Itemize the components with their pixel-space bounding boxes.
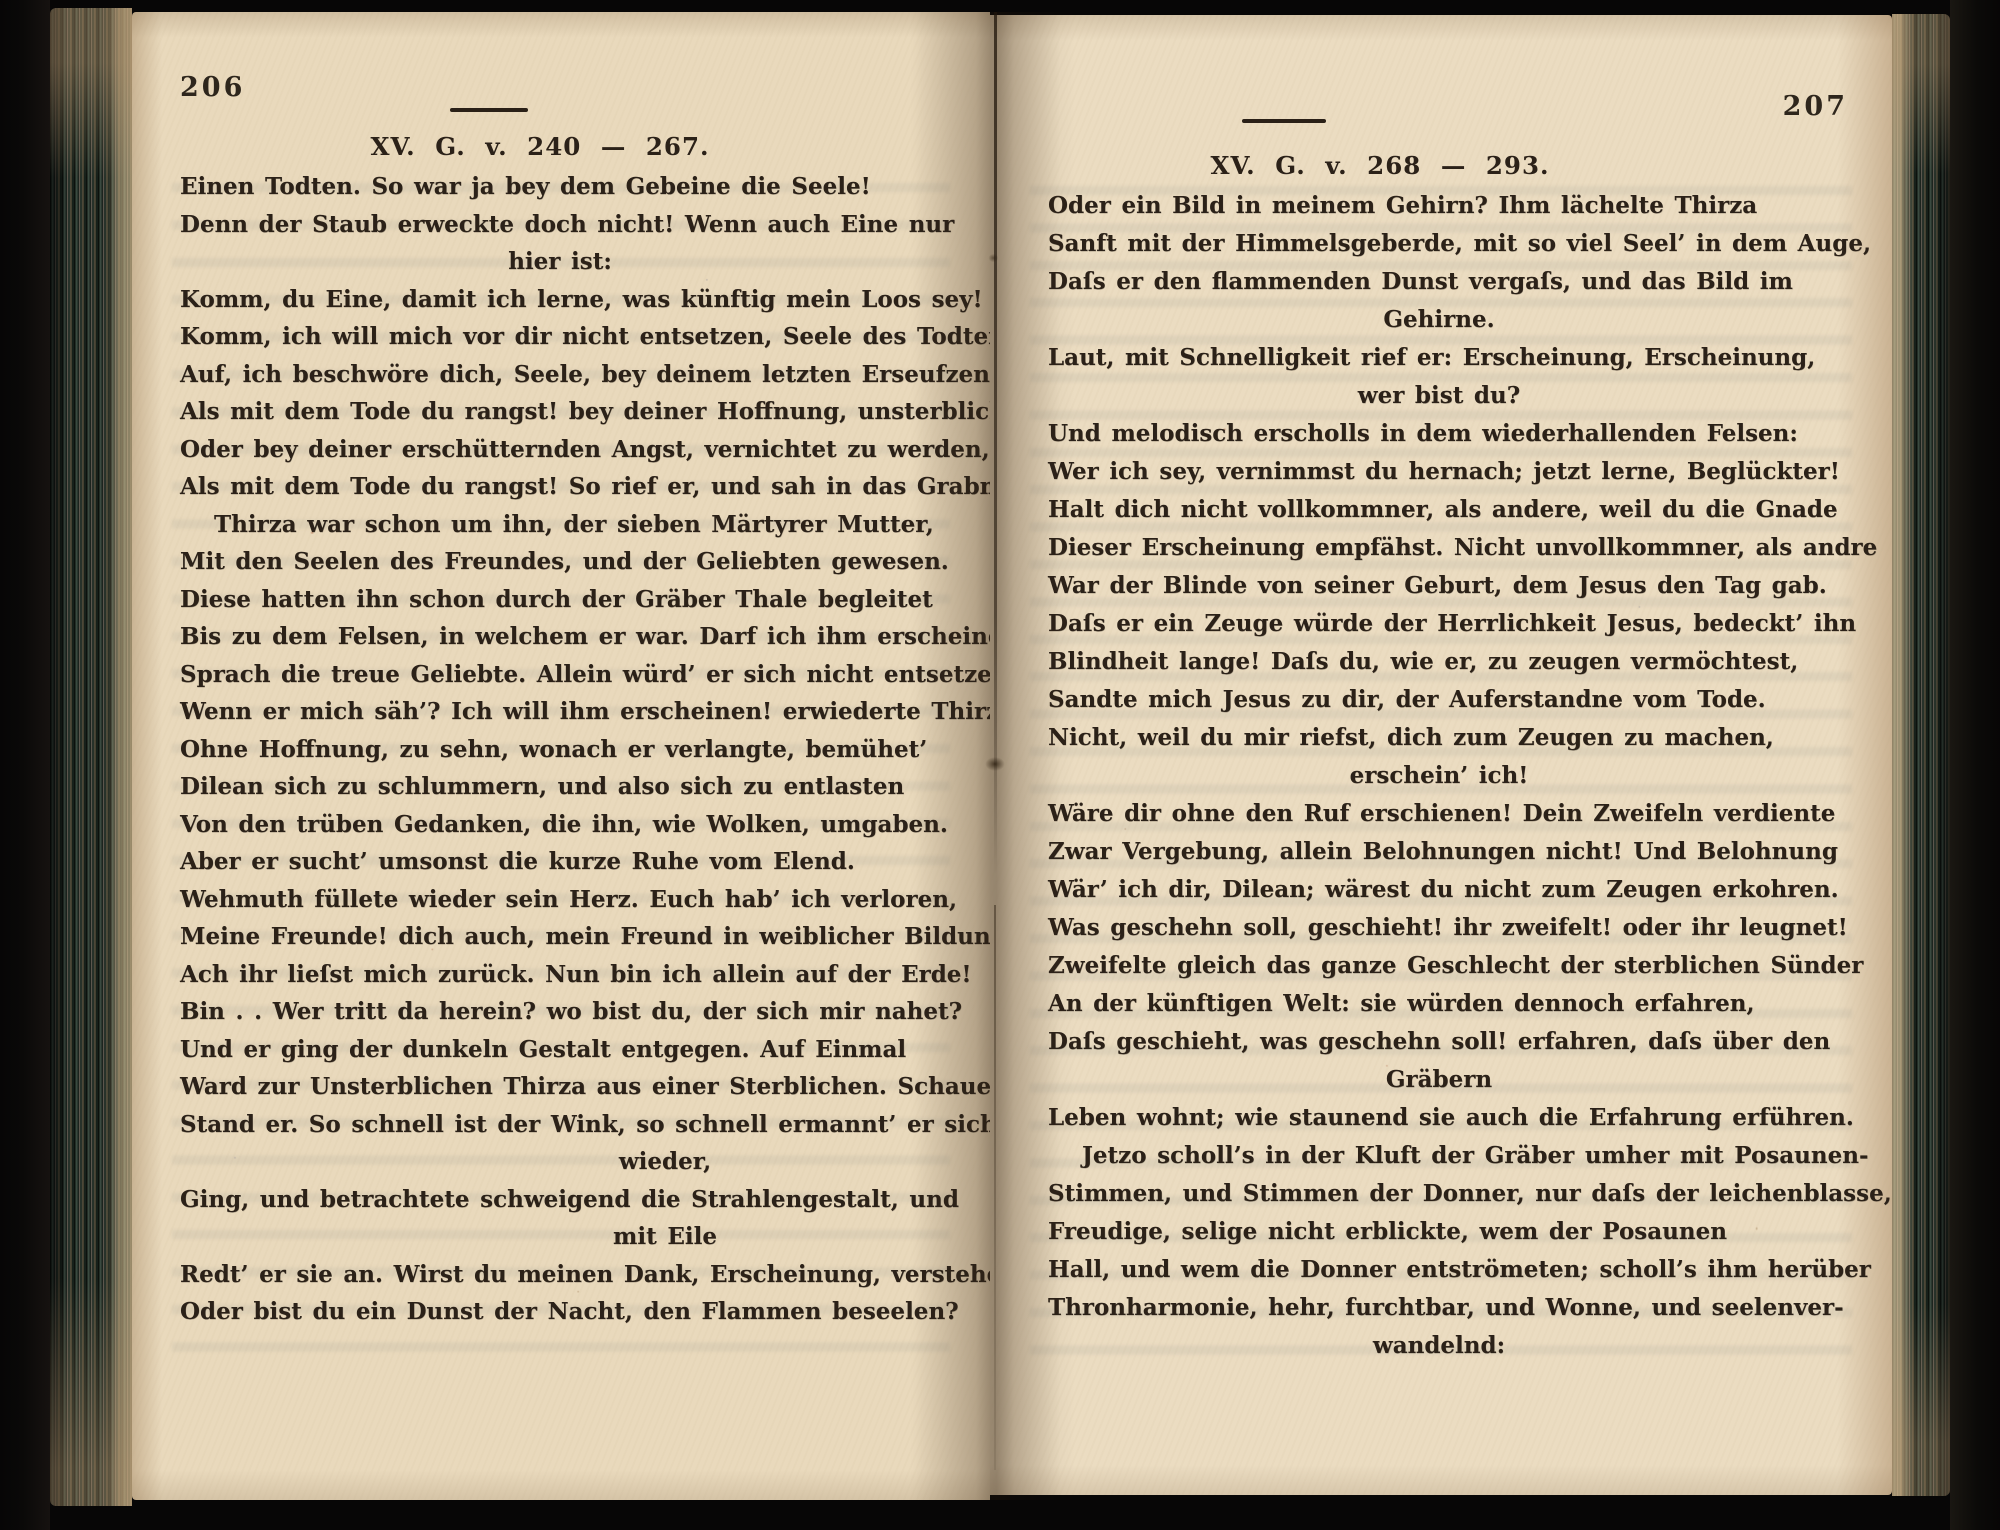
verse-line: Daſs er ein Zeuge würde der Herrlichkeit… xyxy=(1048,605,1830,643)
verse-line: Meine Freunde! dich auch, mein Freund in… xyxy=(180,918,940,956)
verse-line: An der künftigen Welt: sie würden dennoc… xyxy=(1048,985,1830,1023)
verse-line: Als mit dem Tode du rangst! bey deiner H… xyxy=(180,393,940,431)
section-heading-left: XV. G. v. 240 — 267. xyxy=(182,132,898,161)
verse-line: Einen Todten. So war ja bey dem Gebeine … xyxy=(180,168,940,206)
verse-line: Und er ging der dunkeln Gestalt entgegen… xyxy=(180,1031,940,1069)
verse-line: Wär’ ich dir, Dilean; wärest du nicht zu… xyxy=(1048,871,1830,909)
verse-line: Komm, du Eine, damit ich lerne, was künf… xyxy=(180,281,940,319)
verse-line: Ging, und betrachtete schweigend die Str… xyxy=(180,1181,940,1219)
verse-line: Wenn er mich säh’? Ich will ihm erschein… xyxy=(180,693,940,731)
verse-line: Daſs er den flammenden Dunst vergaſs, un… xyxy=(1048,263,1830,301)
verse-line: Thirza war schon um ihn, der sieben Märt… xyxy=(180,506,940,544)
verse-line: wer bist du? xyxy=(1048,377,1830,415)
verse-line: hier ist: xyxy=(180,243,940,281)
verse-line: Stand er. So schnell ist der Wink, so sc… xyxy=(180,1106,940,1144)
verse-line: Leben wohnt; wie staunend sie auch die E… xyxy=(1048,1099,1830,1137)
verse-line: Gehirne. xyxy=(1048,301,1830,339)
verse-line: Oder ein Bild in meinem Gehirn? Ihm läch… xyxy=(1048,187,1830,225)
verse-line: Als mit dem Tode du rangst! So rief er, … xyxy=(180,468,940,506)
header-rule-right xyxy=(1242,119,1326,123)
verse-line: War der Blinde von seiner Geburt, dem Je… xyxy=(1048,567,1830,605)
open-book-photo: 206 XV. G. v. 240 — 267. Einen Todten. S… xyxy=(0,0,2000,1530)
verse-line: Halt dich nicht vollkommner, als andere,… xyxy=(1048,491,1830,529)
verse-line: Ohne Hoffnung, zu sehn, wonach er verlan… xyxy=(180,731,940,769)
verse-line: Und melodisch erscholls in dem wiederhal… xyxy=(1048,415,1830,453)
verse-line: Sanft mit der Himmelsgeberde, mit so vie… xyxy=(1048,225,1830,263)
page-number-right: 207 xyxy=(1783,91,1848,122)
cover-board-left xyxy=(0,0,50,1530)
verse-line: Zwar Vergebung, allein Belohnungen nicht… xyxy=(1048,833,1830,871)
verse-line: Dilean sich zu schlummern, und also sich… xyxy=(180,768,940,806)
right-page: 207 XV. G. v. 268 — 293. Oder ein Bild i… xyxy=(990,15,1892,1495)
verse-line: Mit den Seelen des Freundes, und der Gel… xyxy=(180,543,940,581)
page-edges-left xyxy=(50,8,132,1506)
verse-line: Daſs geschieht, was geschehn soll! erfah… xyxy=(1048,1023,1830,1061)
verse-line: Denn der Staub erweckte doch nicht! Wenn… xyxy=(180,206,940,244)
verse-line: Hall, und wem die Donner entströmeten; s… xyxy=(1048,1251,1830,1289)
verse-line: Sprach die treue Geliebte. Allein würd’ … xyxy=(180,656,940,694)
verse-line: Redt’ er sie an. Wirst du meinen Dank, E… xyxy=(180,1256,940,1294)
verse-line: Nicht, weil du mir riefst, dich zum Zeug… xyxy=(1048,719,1830,757)
verse-line: wieder, xyxy=(180,1143,940,1181)
verse-lines-left: Einen Todten. So war ja bey dem Gebeine … xyxy=(180,168,940,1331)
verse-line: Freudige, selige nicht erblickte, wem de… xyxy=(1048,1213,1830,1251)
cover-board-right xyxy=(1950,0,2000,1530)
verse-line: erschein’ ich! xyxy=(1048,757,1830,795)
left-page: 206 XV. G. v. 240 — 267. Einen Todten. S… xyxy=(132,12,990,1500)
verse-line: Auf, ich beschwöre dich, Seele, bey dein… xyxy=(180,356,940,394)
section-heading-right: XV. G. v. 268 — 293. xyxy=(1050,151,1710,180)
verse-lines-right: Oder ein Bild in meinem Gehirn? Ihm läch… xyxy=(1048,187,1830,1365)
verse-line: Ach ihr lieſst mich zurück. Nun bin ich … xyxy=(180,956,940,994)
verse-line: wandelnd: xyxy=(1048,1327,1830,1365)
verse-line: Wehmuth füllete wieder sein Herz. Euch h… xyxy=(180,881,940,919)
verse-line: Oder bey deiner erschütternden Angst, ve… xyxy=(180,431,940,469)
header-rule-left xyxy=(450,108,528,112)
verse-line: Diese hatten ihn schon durch der Gräber … xyxy=(180,581,940,619)
verse-line: Zweifelte gleich das ganze Geschlecht de… xyxy=(1048,947,1830,985)
verse-line: Stimmen, und Stimmen der Donner, nur daſ… xyxy=(1048,1175,1830,1213)
verse-line: Jetzo scholl’s in der Kluft der Gräber u… xyxy=(1048,1137,1830,1175)
verse-line: Wer ich sey, vernimmst du hernach; jetzt… xyxy=(1048,453,1830,491)
verse-line: Ward zur Unsterblichen Thirza aus einer … xyxy=(180,1068,940,1106)
verse-line: Von den trüben Gedanken, die ihn, wie Wo… xyxy=(180,806,940,844)
verse-line: Sandte mich Jesus zu dir, der Auferstand… xyxy=(1048,681,1830,719)
verse-line: Gräbern xyxy=(1048,1061,1830,1099)
verse-line: Thronharmonie, hehr, furchtbar, und Wonn… xyxy=(1048,1289,1830,1327)
page-number-left: 206 xyxy=(180,72,245,103)
verse-line: Was geschehn soll, geschieht! ihr zweife… xyxy=(1048,909,1830,947)
verse-line: Komm, ich will mich vor dir nicht entset… xyxy=(180,318,940,356)
verse-line: mit Eile xyxy=(180,1218,940,1256)
page-edges-right xyxy=(1892,14,1950,1496)
verse-line: Bis zu dem Felsen, in welchem er war. Da… xyxy=(180,618,940,656)
verse-line: Laut, mit Schnelligkeit rief er: Erschei… xyxy=(1048,339,1830,377)
verse-line: Aber er sucht’ umsonst die kurze Ruhe vo… xyxy=(180,843,940,881)
verse-line: Bin . . Wer tritt da herein? wo bist du,… xyxy=(180,993,940,1031)
verse-line: Wäre dir ohne den Ruf erschienen! Dein Z… xyxy=(1048,795,1830,833)
verse-line: Oder bist du ein Dunst der Nacht, den Fl… xyxy=(180,1293,940,1331)
verse-line: Blindheit lange! Daſs du, wie er, zu zeu… xyxy=(1048,643,1830,681)
verse-line: Dieser Erscheinung empfähst. Nicht unvol… xyxy=(1048,529,1830,567)
